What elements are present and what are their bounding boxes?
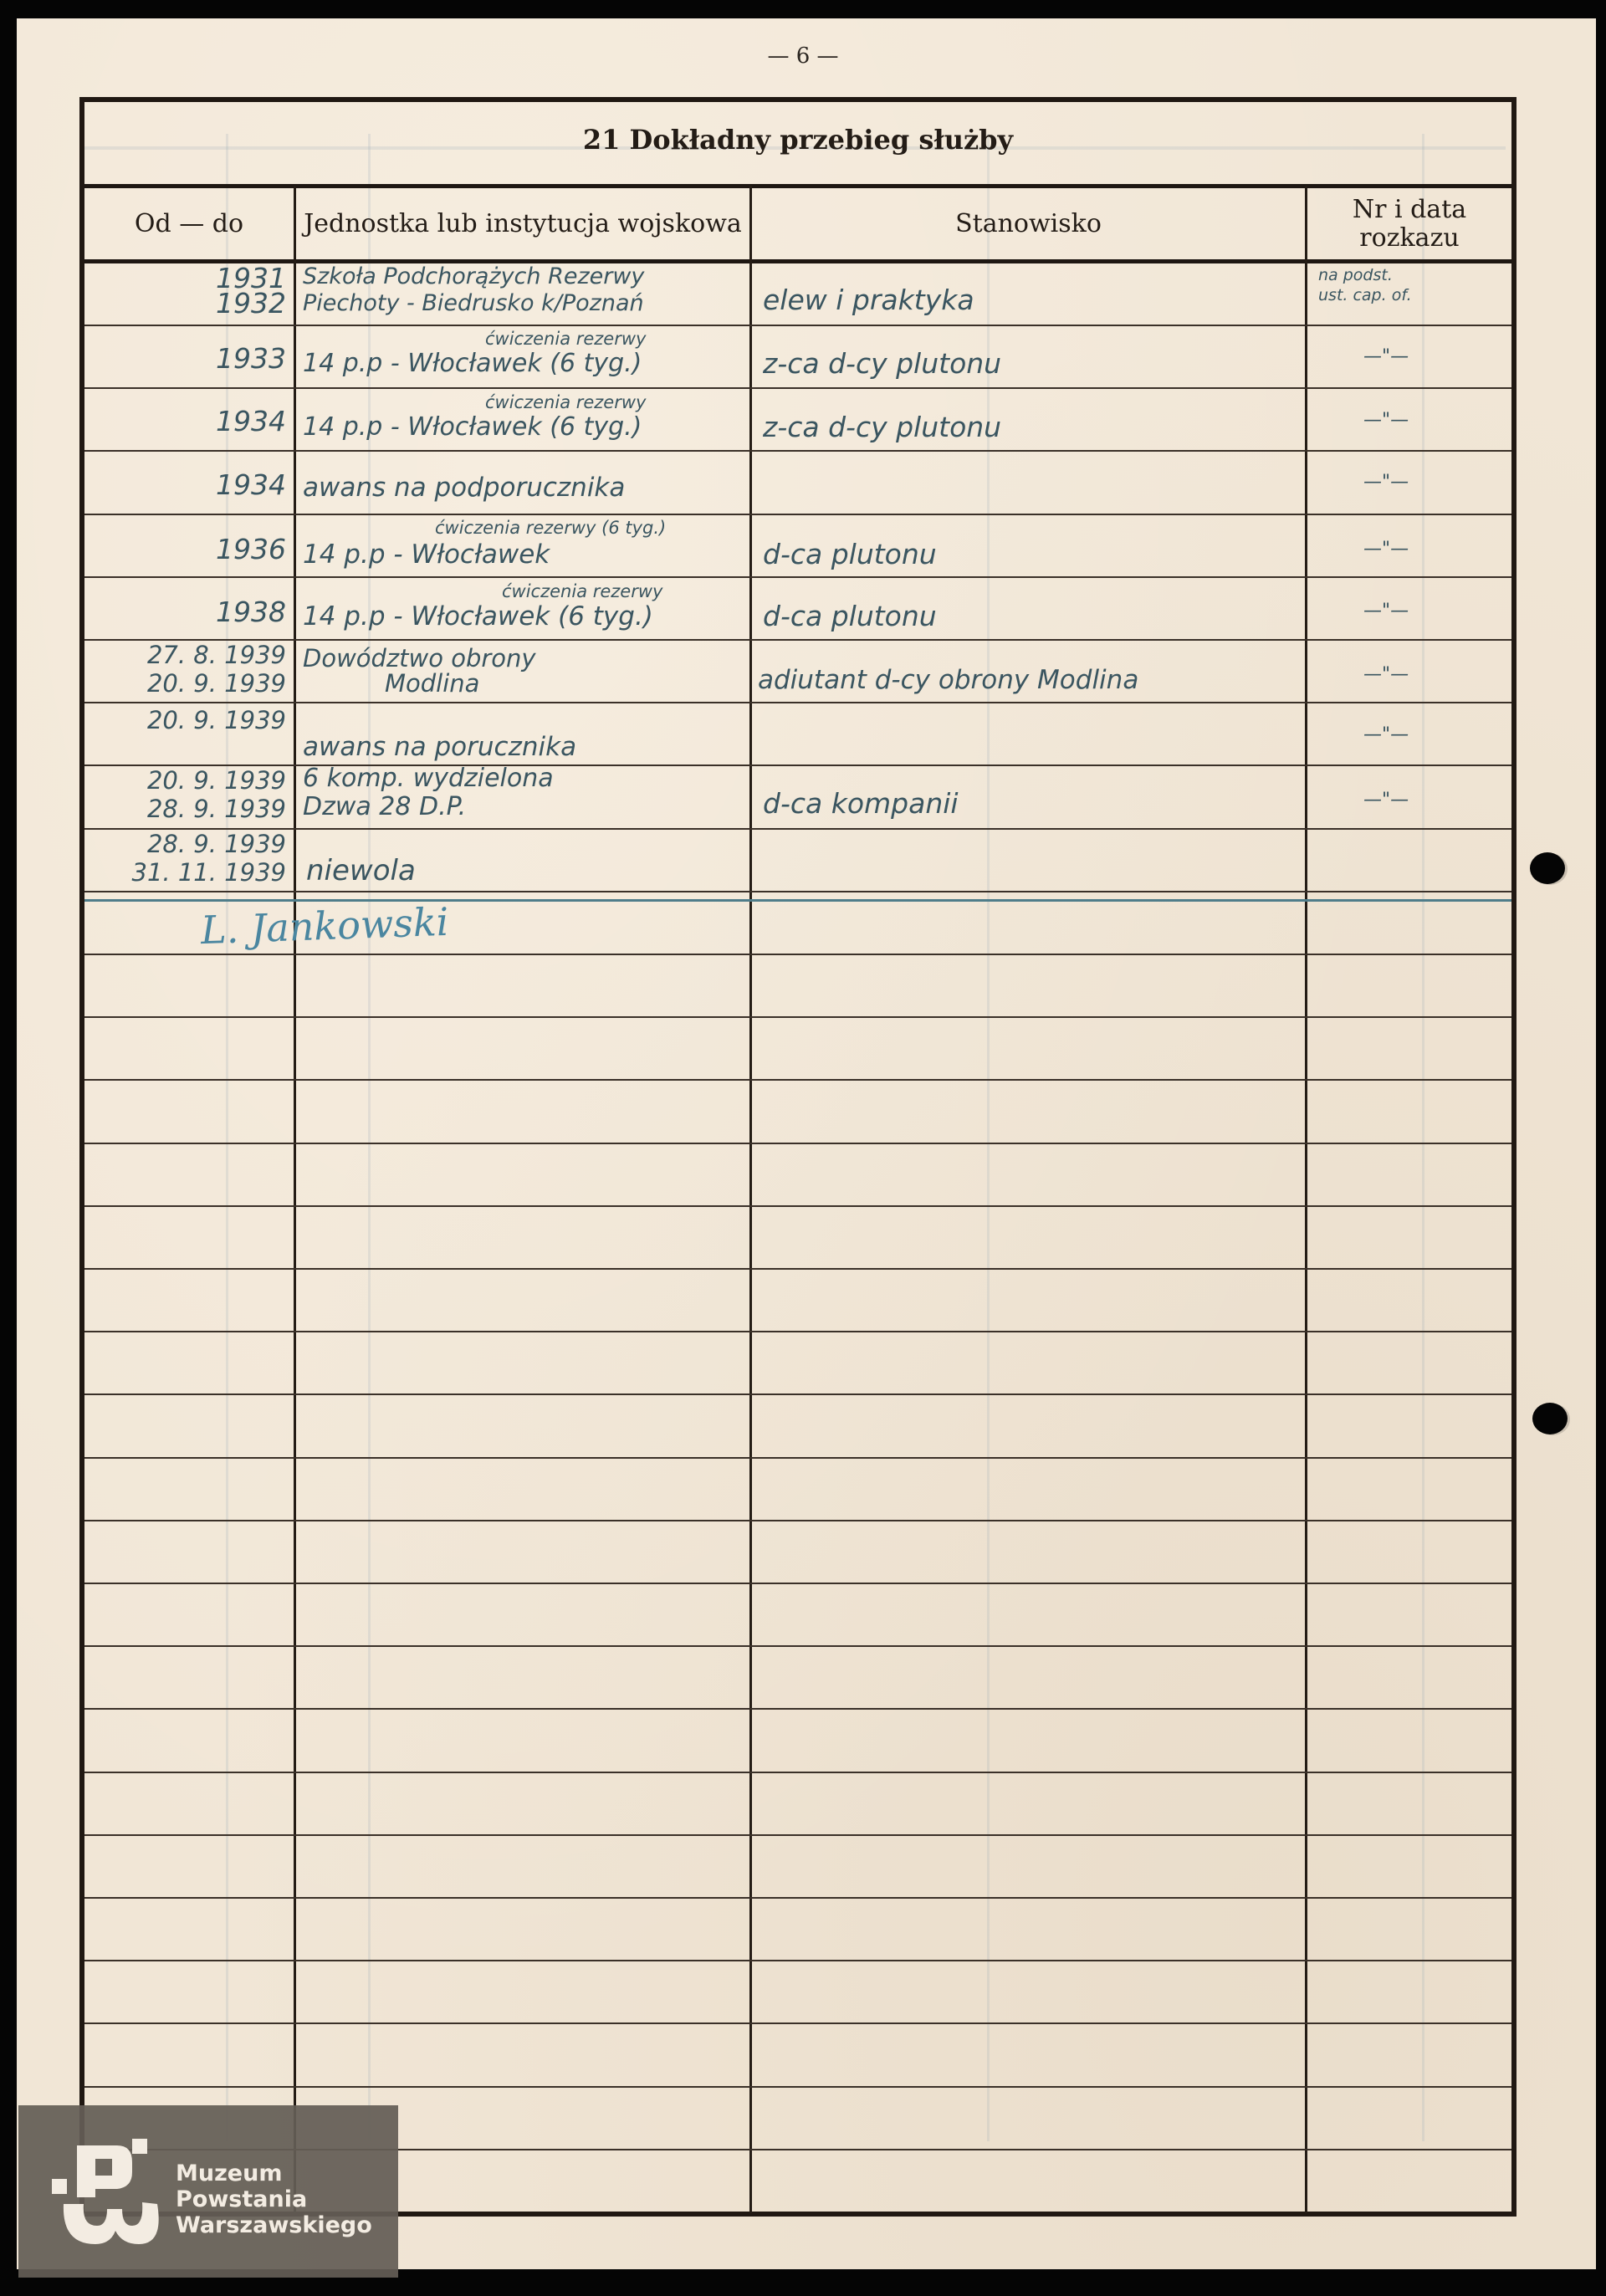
row-3-date: 1934: [92, 407, 286, 436]
row-10-unit: niewola: [306, 857, 416, 885]
row-7-order: —"—: [1363, 661, 1409, 689]
row-5-unit-note: ćwiczenia rezerwy (6 tyg.): [435, 519, 666, 537]
row-rule: [84, 1393, 1511, 1395]
row-3-unit-note: ćwiczenia rezerwy: [485, 393, 646, 412]
punch-hole: [1530, 852, 1565, 884]
anchor-kotwica-icon: [52, 2139, 169, 2247]
column-divider: [749, 186, 752, 2213]
museum-watermark: Muzeum Powstania Warszawskiego: [18, 2105, 398, 2278]
row-rule: [84, 1834, 1511, 1836]
row-6-date: 1938: [92, 598, 286, 626]
column-divider: [1305, 186, 1307, 2213]
header-rozkaz: Nr i data rozkazu: [1307, 186, 1511, 262]
row-8-order: —"—: [1363, 721, 1409, 749]
row-rule: [84, 1205, 1511, 1207]
row-2-position: z-ca d-cy plutonu: [763, 350, 1001, 378]
row-3-position: z-ca d-cy plutonu: [763, 413, 1001, 442]
row-3-unit: 14 p.p - Włocławek (6 tyg.): [303, 413, 642, 442]
row-rule: [84, 1645, 1511, 1647]
row-1-order-line1: na podst.: [1318, 266, 1393, 284]
row-rule: [84, 1583, 1511, 1584]
row-rule: [84, 2086, 1511, 2088]
row-rule: [84, 1268, 1511, 1270]
row-8-date: 20. 9. 1939: [92, 706, 286, 734]
row-5-unit: 14 p.p - Włocławek: [303, 540, 550, 569]
row-3-order: —"—: [1363, 407, 1409, 435]
row-9-position: d-ca kompanii: [763, 790, 959, 818]
page-number: — 6 —: [0, 43, 1606, 69]
row-2-date: 1933: [92, 345, 286, 373]
row-rule: [84, 764, 1511, 766]
row-rule: [84, 325, 1511, 326]
row-rule: [84, 387, 1511, 389]
museum-name: Muzeum Powstania Warszawskiego: [176, 2160, 372, 2238]
row-5-date: 1936: [92, 535, 286, 564]
header-jednostka: Jednostka lub instytucja wojskowa: [296, 186, 749, 262]
row-9-to: 28. 9. 1939: [92, 795, 286, 823]
row-4-date: 1934: [92, 471, 286, 499]
row-9-from: 20. 9. 1939: [92, 766, 286, 795]
row-rule: [84, 891, 1511, 892]
row-rule: [84, 576, 1511, 578]
signature: L. Jankowski: [200, 899, 449, 953]
row-rule: [84, 1457, 1511, 1459]
section-title: 21 Dokładny przebieg służby: [79, 124, 1516, 156]
row-rule: [84, 1520, 1511, 1521]
row-rule: [84, 828, 1511, 830]
row-7-unit-line2: Modlina: [385, 669, 479, 698]
header-stanowisko: Stanowisko: [752, 186, 1305, 262]
row-2-unit: 14 p.p - Włocławek (6 tyg.): [303, 350, 642, 378]
punch-hole: [1532, 1403, 1568, 1434]
row-1-unit-line2: Piechoty - Biedrusko k/Poznań: [303, 289, 644, 318]
row-rule: [84, 1772, 1511, 1773]
row-9-unit-line2: Dzwa 28 D.P.: [303, 793, 466, 821]
row-rule: [84, 1331, 1511, 1332]
row-1-to: 1932: [92, 289, 286, 318]
row-7-unit-line1: Dowództwo obrony: [303, 644, 536, 672]
row-rule: [84, 954, 1511, 955]
row-rule: [84, 639, 1511, 641]
row-rule: [84, 1016, 1511, 1018]
row-4-order: —"—: [1363, 468, 1409, 497]
row-rule: [84, 1143, 1511, 1144]
ink-divider-line: [84, 899, 1511, 902]
row-rule: [84, 2022, 1511, 2024]
museum-name-line: Warszawskiego: [176, 2212, 372, 2238]
row-6-order: —"—: [1363, 597, 1409, 626]
row-6-unit-note: ćwiczenia rezerwy: [502, 582, 662, 601]
row-5-position: d-ca plutonu: [763, 540, 937, 569]
header-od-do: Od — do: [84, 186, 294, 262]
row-9-order: —"—: [1363, 786, 1409, 815]
row-6-unit: 14 p.p - Włocławek (6 tyg.): [303, 602, 653, 631]
row-rule: [84, 514, 1511, 515]
row-rule: [84, 1079, 1511, 1081]
row-rule: [84, 1897, 1511, 1899]
row-rule: [84, 1960, 1511, 1961]
row-7-to: 20. 9. 1939: [92, 669, 286, 698]
row-8-unit: awans na porucznika: [303, 733, 576, 761]
row-2-order: —"—: [1363, 343, 1409, 371]
row-7-position: adiutant d-cy obrony Modlina: [758, 666, 1138, 694]
row-1-unit-line1: Szkoła Podchorążych Rezerwy: [303, 263, 644, 291]
row-2-unit-note: ćwiczenia rezerwy: [485, 330, 646, 348]
row-rule: [84, 450, 1511, 452]
museum-name-line: Muzeum: [176, 2160, 372, 2186]
museum-name-line: Powstania: [176, 2186, 372, 2212]
row-5-order: —"—: [1363, 535, 1409, 564]
row-10-from: 28. 9. 1939: [92, 830, 286, 858]
row-9-unit-line1: 6 komp. wydzielona: [303, 764, 554, 793]
column-divider: [294, 186, 296, 2213]
row-7-from: 27. 8. 1939: [92, 641, 286, 669]
row-4-unit: awans na podporucznika: [303, 473, 625, 502]
row-1-order-line2: ust. cap. of.: [1318, 286, 1412, 304]
row-1-position: elew i praktyka: [763, 286, 974, 314]
row-10-to: 31. 11. 1939: [92, 858, 286, 887]
row-rule: [84, 1708, 1511, 1710]
row-6-position: d-ca plutonu: [763, 602, 937, 631]
row-rule: [84, 702, 1511, 703]
